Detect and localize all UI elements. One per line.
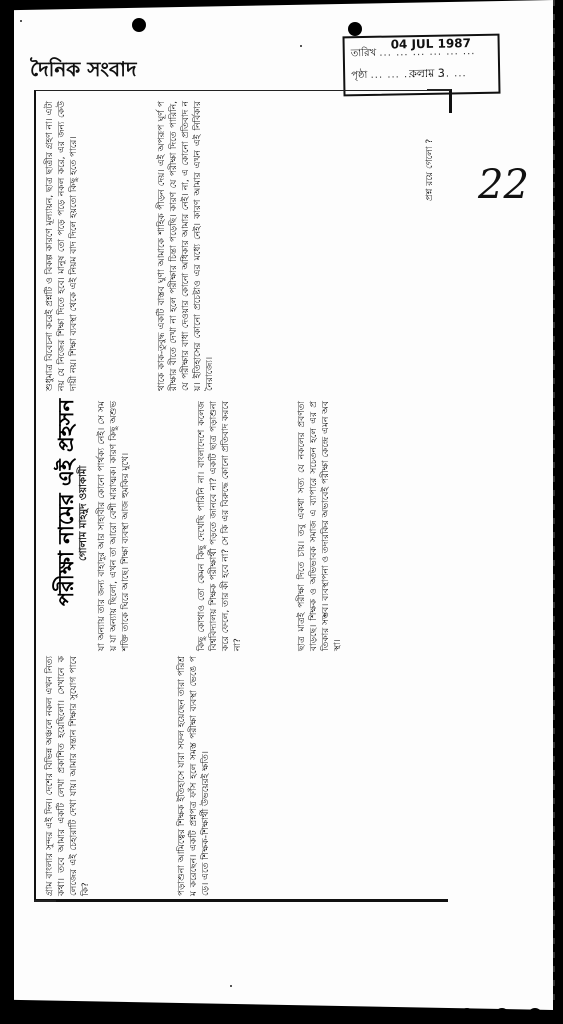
article-column-4: কিছু কোথাও তো কেমন কিছু দেখেছি পারিনি না…	[196, 401, 296, 651]
stamp-column-value: কলাম 3	[409, 65, 445, 85]
punch-hole	[425, 1008, 439, 1022]
stamp-date-label: তারিখ	[351, 48, 377, 59]
scan-speck	[230, 985, 232, 987]
scan-speck	[20, 20, 22, 22]
article-byline: গোলাম মাহমুদ ওয়াকামী	[78, 411, 90, 561]
article-column-6: পড়াশুনা আমিত্বের শিক্ষক ইতিহাসে যারা সফ…	[176, 656, 446, 896]
stamp-date-row: তারিখ ... ... ... ... ... ... 04 JUL 198…	[351, 44, 476, 63]
article-column-5: যা অন্যায় তার জন্য বাহাদুর আর সাহাবীর ক…	[96, 401, 196, 651]
stamp-date-value: 04 JUL 1987	[391, 36, 472, 51]
punch-hole	[320, 1008, 334, 1022]
punch-hole	[460, 1008, 474, 1022]
stamp-page-label: পৃষ্ঠা	[351, 70, 367, 81]
punch-hole	[132, 18, 146, 32]
punch-hole	[112, 1008, 126, 1022]
article-clipping: থাকে কাক-তুবুদ্ধ একটি বাস্তব ঘুণা আমাকে …	[34, 90, 448, 902]
article-column-1: থাকে কাক-তুবুদ্ধ একটি বাস্তব ঘুণা আমাকে …	[156, 101, 446, 391]
article-column-2: শুধুমাত্র বিবেচনা করেই প্রশ্নটি ও বিকল্প…	[44, 101, 152, 391]
stamp-page-row: পৃষ্ঠা ... ... ... ... ... ... কলাম 3	[351, 66, 467, 85]
article-column-3: ছাত্র মাত্রই পরীক্ষা দিতে চায়। তবু একথা…	[296, 401, 441, 651]
punch-hole	[183, 1008, 197, 1022]
punch-hole	[390, 1008, 404, 1022]
punch-hole	[148, 1008, 162, 1022]
article-headline: পরীক্ষা নামের এই প্রহসন	[54, 366, 78, 606]
page-right-edge	[553, 0, 555, 1000]
article-closing-line: প্রশ্ন রয়ে গেলো ?	[424, 101, 436, 201]
punch-hole	[495, 1008, 509, 1022]
punch-hole	[256, 1006, 296, 1020]
handwritten-page-number: 22	[478, 162, 529, 208]
scan-speck	[300, 45, 302, 47]
punch-hole	[348, 22, 362, 36]
archive-stamp: তারিখ ... ... ... ... ... ... 04 JUL 198…	[342, 34, 500, 97]
punch-hole	[42, 1008, 56, 1022]
punch-hole	[218, 1008, 232, 1022]
newspaper-name: দৈনিক সংবাদ	[30, 55, 136, 88]
punch-hole	[78, 1008, 92, 1022]
punch-hole	[528, 1008, 542, 1022]
punch-hole	[355, 1008, 369, 1022]
article-column-7: গ্রাম বাংলার সুন্দর এই দিন। দেশের বিভিন্…	[44, 656, 174, 896]
